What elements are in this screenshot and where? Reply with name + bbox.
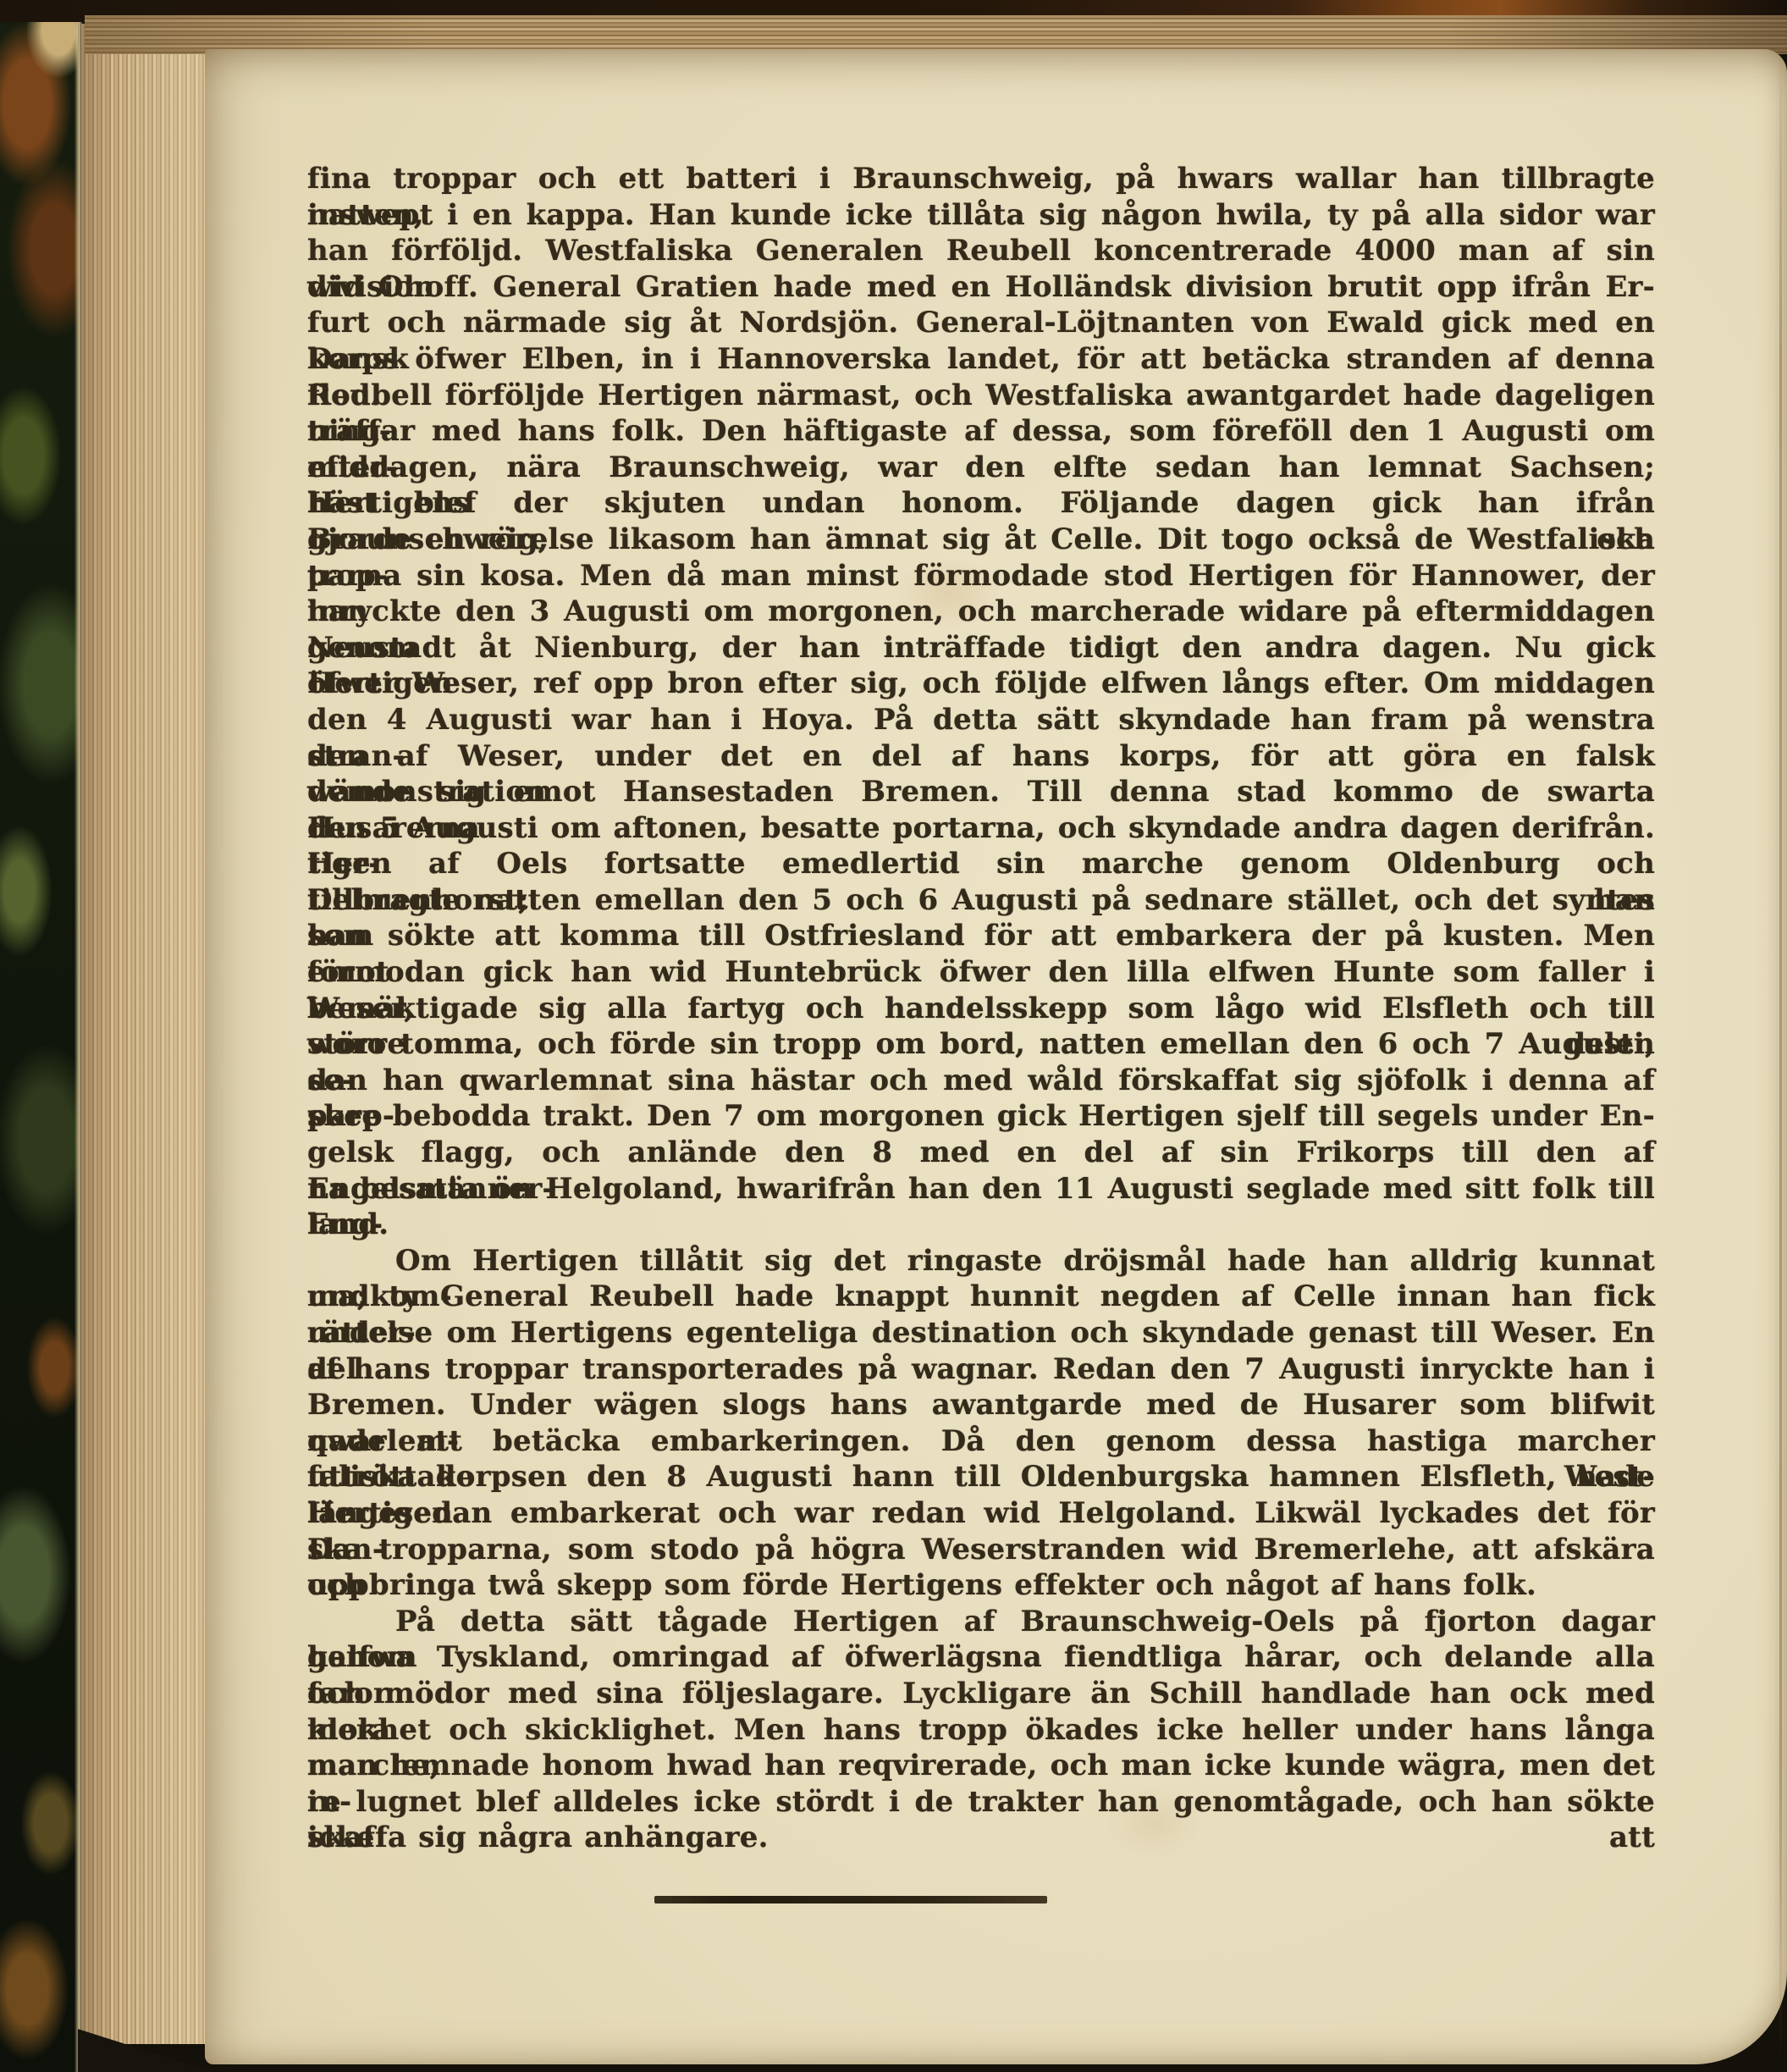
text-line: korps öfwer Elben, in i Hannoverska land…	[307, 341, 1655, 378]
text-line: den 4 Augusti war han i Hoya. På detta s…	[307, 702, 1655, 738]
text-line: tigen af Oels fortsatte emedlertid sin m…	[307, 846, 1655, 882]
text-line: gelsk flagg, och anlände den 8 med en de…	[307, 1135, 1655, 1171]
text-line: inswept i en kappa. Han kunde icke tillå…	[307, 197, 1655, 234]
text-line: halfwa Tyskland, omringad af öfwerlägsna…	[307, 1639, 1655, 1676]
text-line: faliska korpsen den 8 Augusti hann till …	[307, 1459, 1655, 1495]
text-line: inryckte den 3 Augusti om morgonen, och …	[307, 594, 1655, 630]
text-line: na besatta ön Helgoland, hwarifrån han d…	[307, 1171, 1655, 1207]
text-line: af hans troppar transporterades på wagna…	[307, 1351, 1655, 1388]
text-line: häst blef der skjuten undan honom. Följa…	[307, 485, 1655, 522]
text-line: wid Ohoff. General Gratien hade med en H…	[307, 269, 1655, 306]
text-line: man lemnade honom hwad han reqvirerade, …	[307, 1748, 1655, 1784]
text-line: Bremen. Under wägen slogs hans awantgard…	[307, 1387, 1655, 1423]
text-line: klokhet och skicklighet. Men hans tropp …	[307, 1712, 1655, 1749]
text-line: ningar med hans folk. Den häftigaste af …	[307, 413, 1655, 450]
text-line: och mödor med sina följeslagare. Lycklig…	[307, 1676, 1655, 1712]
book-page: fina troppar och ett batteri i Braunschw…	[205, 49, 1787, 2064]
text-line: gjorde en rörelse likasom han ämnat sig …	[307, 522, 1655, 558]
text-line: wände sig emot Hansestaden Bremen. Till …	[307, 774, 1655, 810]
text-line: land.	[307, 1207, 1655, 1243]
text-line: re lugnet blef alldeles icke stördt i de…	[307, 1784, 1655, 1821]
text-line: den af Weser, under det en del af hans k…	[307, 738, 1655, 775]
text-line: uppbringa twå skepp som förde Hertigens …	[307, 1567, 1655, 1604]
text-line: tillbragte natten emellan den 5 och 6 Au…	[307, 882, 1655, 919]
text-line: pare bebodda trakt. Den 7 om morgonen gi…	[307, 1098, 1655, 1135]
text-line: På detta sätt tågade Hertigen af Braunsc…	[307, 1604, 1655, 1640]
text-line: furt och närmade sig åt Nordsjön. Genera…	[307, 305, 1655, 341]
text-line: woro tomma, och förde sin tropp om bord,…	[307, 1026, 1655, 1063]
text-line: ma; ty General Reubell hade knappt hunni…	[307, 1279, 1655, 1315]
text-line: Reubell förföljde Hertigen närmast, och …	[307, 378, 1655, 414]
marbled-cover-edge	[0, 0, 78, 2072]
page-right-edge-line	[1779, 49, 1782, 2064]
text-line: Neustadt åt Nienburg, der han inträffade…	[307, 630, 1655, 666]
book-photo: fina troppar och ett batteri i Braunschw…	[0, 0, 1787, 2072]
text-line: han förföljd. Westfaliska Generalen Reub…	[307, 233, 1655, 269]
text-line: öfwer Weser, ref opp bron efter sig, och…	[307, 666, 1655, 702]
text-line: han sökte att komma till Ostfriesland fö…	[307, 918, 1655, 954]
text-line: längesedan embarkerat och war redan wid …	[307, 1495, 1655, 1532]
text-line: parna sin kosa. Men då man minst förmoda…	[307, 558, 1655, 594]
page-fore-edge-left	[81, 24, 208, 2044]
text-line: förmodan gick han wid Huntebrück öfwer d…	[307, 954, 1655, 991]
text-line: middagen, nära Braunschweig, war den elf…	[307, 450, 1655, 486]
text-line: Om Hertigen tillåtit sig det ringaste dr…	[307, 1243, 1655, 1279]
text-line: rättelse om Hertigens egenteliga destina…	[307, 1315, 1655, 1351]
text-line: den 5 Augusti om aftonen, besatte portar…	[307, 810, 1655, 847]
text-line: fina troppar och ett batteri i Braunschw…	[307, 161, 1655, 197]
text-line: ska tropparna, som stodo på högra Wesers…	[307, 1532, 1655, 1568]
text-line: nade att betäcka embarkeringen. Då den g…	[307, 1423, 1655, 1460]
text-line: dan han qwarlemnat sina hästar och med w…	[307, 1063, 1655, 1099]
end-divider-rule	[654, 1896, 1047, 1903]
text-line: bemäktigade sig alla fartyg och handelss…	[307, 991, 1655, 1027]
page-text-block: fina troppar och ett batteri i Braunschw…	[307, 161, 1655, 1856]
